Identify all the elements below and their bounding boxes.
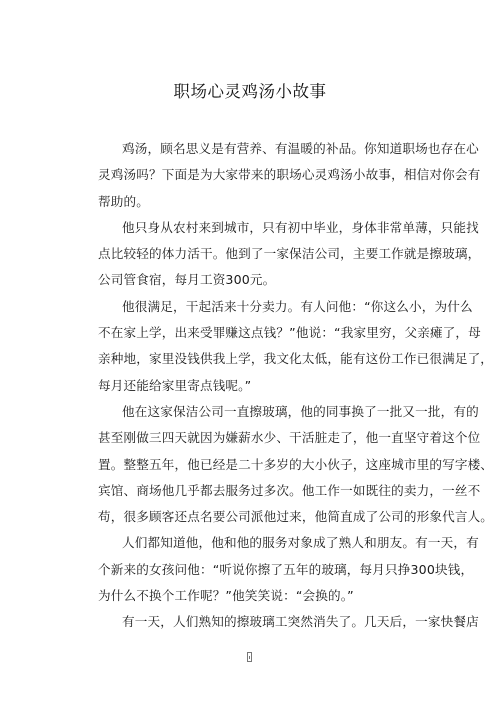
text-line: 人们都知道他，他和他的服务对象成了熟人和朋友。有一天，有 xyxy=(73,530,395,556)
text-line: 公司管食宿，每月工资300元。 xyxy=(73,267,395,293)
text-line: 点比较轻的体力活干。他到了一家保洁公司，主要工作就是擦玻璃， xyxy=(73,241,395,267)
paragraph: 有一天，人们熟知的擦玻璃工突然消失了。几天后，一家快餐店 xyxy=(73,609,395,635)
text-line: 鸡汤，顾名思义是有营养、有温暖的补品。你知道职场也存在心 xyxy=(73,136,395,162)
text-line: 他很满足，干起活来十分卖力。有人问他：“你这么小，为什么 xyxy=(73,294,395,320)
document-title: 职场心灵鸡汤小故事 xyxy=(0,78,500,102)
text-line: 他在这家保洁公司一直擦玻璃，他的同事换了一批又一批，有的 xyxy=(73,399,395,425)
text-line: 为什么不换个工作呢？”他笑笑说：“会换的。” xyxy=(73,583,395,609)
text-line: 宾馆、商场他几乎都去服务过多次。他工作一如既往的卖力，一丝不 xyxy=(73,478,395,504)
paragraph: 他在这家保洁公司一直擦玻璃，他的同事换了一批又一批，有的 甚至刚做三四天就因为嫌… xyxy=(73,399,395,530)
paragraph: 鸡汤，顾名思义是有营养、有温暖的补品。你知道职场也存在心 灵鸡汤吗？下面是为大家… xyxy=(73,136,395,215)
text-line: 个新来的女孩问他：“听说你擦了五年的玻璃，每月只挣300块钱， xyxy=(73,557,395,583)
text-line: 灵鸡汤吗？下面是为大家带来的职场心灵鸡汤小故事，相信对你会有 xyxy=(73,162,395,188)
text-line: 亲种地，家里没钱供我上学，我文化太低，能有这份工作已很满足了， xyxy=(73,346,395,372)
text-line: 有一天，人们熟知的擦玻璃工突然消失了。几天后，一家快餐店 xyxy=(73,609,395,635)
text-line: 他只身从农村来到城市，只有初中毕业，身体非常单薄，只能找 xyxy=(73,215,395,241)
text-line: 帮助的。 xyxy=(73,189,395,215)
document-body: 鸡汤，顾名思义是有营养、有温暖的补品。你知道职场也存在心 灵鸡汤吗？下面是为大家… xyxy=(73,136,395,636)
text-line: 不在家上学，出来受罪赚这点钱？”他说：“我家里穷，父亲瘫了，母 xyxy=(73,320,395,346)
paragraph: 他很满足，干起活来十分卖力。有人问他：“你这么小，为什么 不在家上学，出来受罪赚… xyxy=(73,294,395,399)
paragraph: 人们都知道他，他和他的服务对象成了熟人和朋友。有一天，有 个新来的女孩问他：“听… xyxy=(73,530,395,609)
text-line: 每月还能给家里寄点钱呢。” xyxy=(73,373,395,399)
text-line: 甚至刚做三四天就因为嫌薪水少、干活脏走了，他一直坚守着这个位 xyxy=(73,425,395,451)
text-line: 置。整整五年，他已经是二十多岁的大小伙子，这座城市里的写字楼、 xyxy=(73,452,395,478)
text-line: 苟，很多顾客还点名要公司派他过来，他简直成了公司的形象代言人。 xyxy=(73,504,395,530)
page-marker-icon xyxy=(247,652,252,662)
paragraph: 他只身从农村来到城市，只有初中毕业，身体非常单薄，只能找 点比较轻的体力活干。他… xyxy=(73,215,395,294)
